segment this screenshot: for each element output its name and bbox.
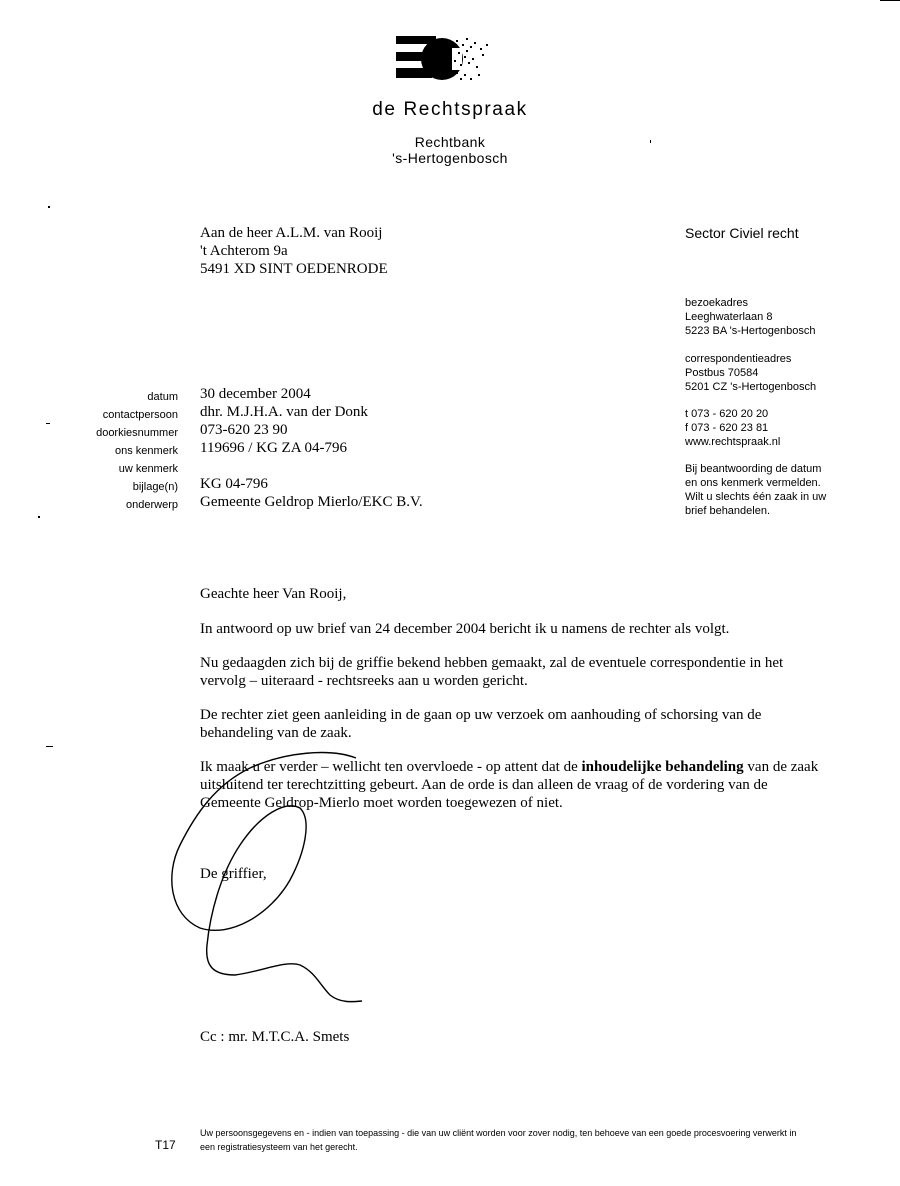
reference-value-attachments: KG 04-796 <box>200 475 423 493</box>
addressee-city: 5491 XD SINT OEDENRODE <box>200 260 388 278</box>
paragraph-4-line-2: uitsluitend ter terechtzitting gebeurt. … <box>200 777 768 793</box>
privacy-footer: Uw persoonsgegevens en - indien van toep… <box>200 1126 796 1154</box>
reference-label-direct-phone: doorkiesnummer <box>60 424 178 442</box>
paragraph-4-line-1-post: van de zaak <box>744 759 819 775</box>
correspondence-label: correspondentieadres <box>685 352 816 366</box>
reference-label-subject: onderwerp <box>60 496 178 514</box>
paragraph-3: De rechter ziet geen aanleiding in de ga… <box>200 706 840 742</box>
scan-speck <box>48 206 50 208</box>
rechtspraak-logo-icon <box>396 34 492 84</box>
scan-speck <box>880 0 900 1</box>
letter-body: Geachte heer Van Rooij, In antwoord op u… <box>200 585 840 828</box>
court-name: Rechtbank 's-Hertogenbosch <box>300 134 600 166</box>
addressee-name: Aan de heer A.L.M. van Rooij <box>200 224 388 242</box>
reference-label-our-ref: ons kenmerk <box>60 442 178 460</box>
court-line-1: Rechtbank <box>300 134 600 150</box>
correspondence-city: 5201 CZ 's-Hertogenbosch <box>685 380 816 394</box>
fax-number: f 073 - 620 23 81 <box>685 421 780 435</box>
reply-note-line: en ons kenmerk vermelden. <box>685 476 826 490</box>
reference-label-date: datum <box>60 388 178 406</box>
visit-address-label: bezoekadres <box>685 296 816 310</box>
reply-note-line: Bij beantwoording de datum <box>685 462 826 476</box>
reference-label-attachments: bijlage(n) <box>60 478 178 496</box>
scan-speck <box>46 423 50 424</box>
salutation: Geachte heer Van Rooij, <box>200 585 840 603</box>
reply-note-line: Wilt u slechts één zaak in uw <box>685 490 826 504</box>
phone-number: t 073 - 620 20 20 <box>685 407 780 421</box>
paragraph-2-line-2: vervolg – uiteraard - rechtsreeks aan u … <box>200 673 528 689</box>
addressee-street: 't Achterom 9a <box>200 242 388 260</box>
reference-value-subject: Gemeente Geldrop Mierlo/EKC B.V. <box>200 493 423 511</box>
reference-label-your-ref: uw kenmerk <box>60 460 178 478</box>
paragraph-3-line-1: De rechter ziet geen aanleiding in de ga… <box>200 707 761 723</box>
reference-value-contact: dhr. M.J.H.A. van der Donk <box>200 403 423 421</box>
form-code: T17 <box>155 1138 176 1152</box>
reference-value-date: 30 december 2004 <box>200 385 423 403</box>
paragraph-1: In antwoord op uw brief van 24 december … <box>200 620 840 638</box>
privacy-footer-line-2: een registratiesysteem van het gerecht. <box>200 1140 796 1154</box>
visit-address-city: 5223 BA 's-Hertogenbosch <box>685 324 816 338</box>
closing: De griffier, <box>200 866 267 883</box>
court-line-2: 's-Hertogenbosch <box>300 150 600 166</box>
visit-address-street: Leeghwaterlaan 8 <box>685 310 816 324</box>
reference-value-direct-phone: 073-620 23 90 <box>200 421 423 439</box>
paragraph-4-line-3: Gemeente Geldrop-Mierlo moet worden toeg… <box>200 795 563 811</box>
paragraph-2-line-1: Nu gedaagden zich bij de griffie bekend … <box>200 655 783 671</box>
brand-name: de Rechtspraak <box>300 99 600 121</box>
correspondence-address: correspondentieadres Postbus 70584 5201 … <box>685 352 816 394</box>
addressee-block: Aan de heer A.L.M. van Rooij 't Achterom… <box>200 224 388 278</box>
reference-labels: datum contactpersoon doorkiesnummer ons … <box>60 388 178 514</box>
scan-speck <box>650 140 651 143</box>
correspondence-po-box: Postbus 70584 <box>685 366 816 380</box>
paragraph-4-emphasis: inhoudelijke behandeling <box>582 759 744 775</box>
contact-details: t 073 - 620 20 20 f 073 - 620 23 81 www.… <box>685 407 780 449</box>
scan-speck <box>38 516 40 518</box>
cc-line: Cc : mr. M.T.C.A. Smets <box>200 1029 349 1046</box>
paragraph-2: Nu gedaagden zich bij de griffie bekend … <box>200 654 840 690</box>
visit-address: bezoekadres Leeghwaterlaan 8 5223 BA 's-… <box>685 296 816 338</box>
reference-value-our-ref: 119696 / KG ZA 04-796 <box>200 439 423 457</box>
paragraph-3-line-2: behandeling van de zaak. <box>200 725 352 741</box>
paragraph-4: Ik maak u er verder – wellicht ten overv… <box>200 758 840 812</box>
reply-note: Bij beantwoording de datum en ons kenmer… <box>685 462 826 518</box>
reference-value-your-ref <box>200 457 423 475</box>
paragraph-4-line-1-pre: Ik maak u er verder – wellicht ten overv… <box>200 759 582 775</box>
reply-note-line: brief behandelen. <box>685 504 826 518</box>
reference-values: 30 december 2004 dhr. M.J.H.A. van der D… <box>200 385 423 511</box>
privacy-footer-line-1: Uw persoonsgegevens en - indien van toep… <box>200 1126 796 1140</box>
sector-title: Sector Civiel recht <box>685 225 799 241</box>
website-link[interactable]: www.rechtspraak.nl <box>685 435 780 449</box>
reference-label-contact: contactpersoon <box>60 406 178 424</box>
scan-speck <box>46 746 53 747</box>
